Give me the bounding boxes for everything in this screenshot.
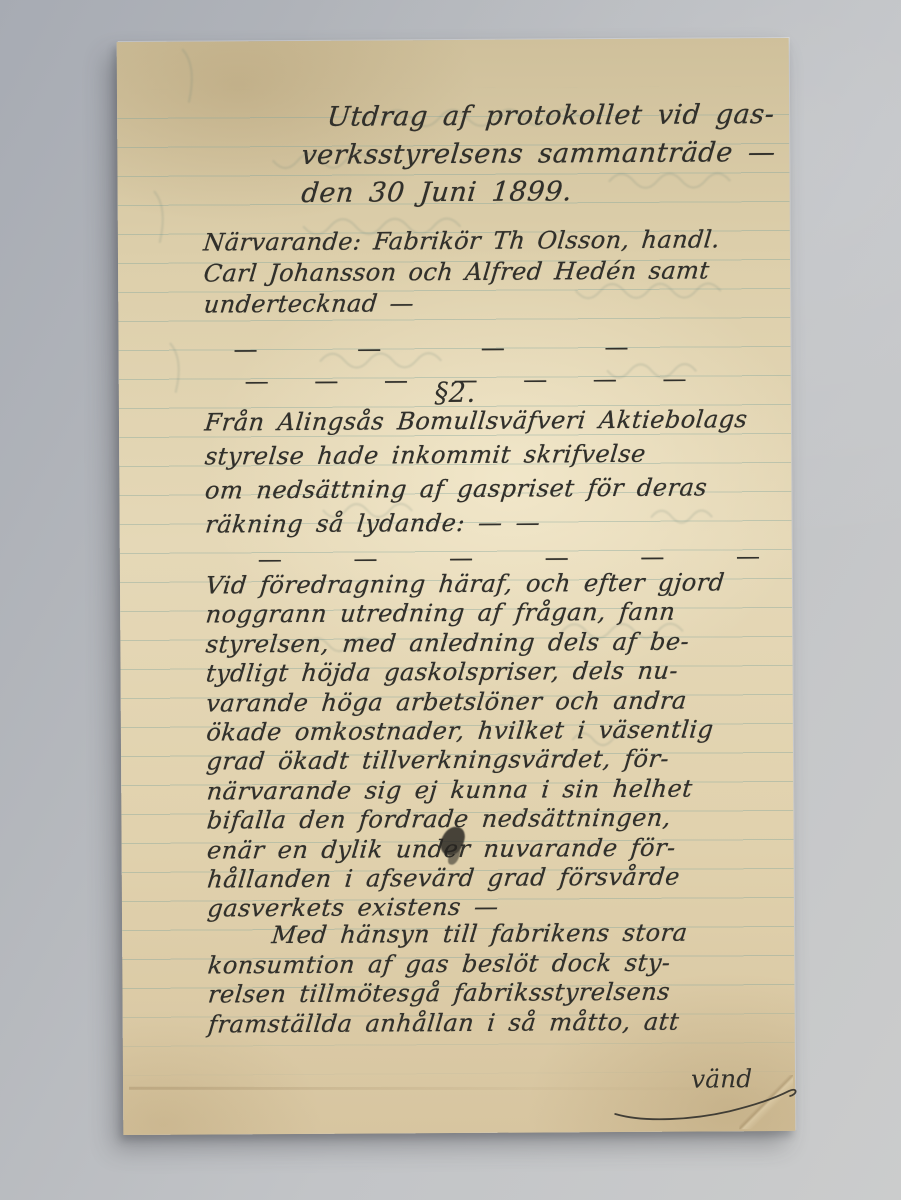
handwritten-line: framställda anhållan i så måtto, att [207, 1007, 690, 1039]
decision-paragraph: Vid föredragning häraf, och efter gjordn… [204, 568, 725, 924]
handwritten-line: verksstyrelsens sammanträde — [299, 134, 777, 175]
handwritten-line: ökade omkostnader, hvilket i väsentlig [205, 715, 727, 748]
handwritten-line: bifalla den fordrade nedsättningen, [206, 804, 728, 837]
intro-paragraph: Från Alingsås Bomullsväfveri Aktiebolags… [203, 402, 747, 541]
divider-dashes: — — — — [233, 333, 628, 363]
handwritten-line: om nedsättning af gaspriset för deras [204, 470, 750, 507]
handwritten-line: noggrann utredning af frågan, fann [204, 598, 726, 631]
document-page: Utdrag af protokollet vid gas-verksstyre… [117, 38, 796, 1135]
handwritten-line: styrelse hade inkommit skrifvelse [203, 436, 749, 473]
handwritten-line: Carl Johansson och Alfred Hedén samt [202, 255, 722, 289]
handwritten-line: varande höga arbetslöner och andra [205, 686, 727, 719]
handwritten-line: tydligt höjda gaskolspriser, dels nu- [205, 657, 727, 690]
handwritten-line: styrelsen, med anledning dels af be- [204, 627, 726, 660]
underline-flourish [611, 1082, 801, 1123]
attendees-paragraph: Närvarande: Fabrikör Th Olsson, handl.Ca… [202, 224, 719, 320]
handwritten-line: relsen tillmötesgå fabriksstyrelsens [207, 978, 690, 1010]
handwritten-line: enär en dylik under nuvarande för- [206, 833, 728, 866]
handwritten-line: konsumtion af gas beslöt dock sty- [206, 948, 689, 980]
resolution-paragraph: Med hänsyn till fabrikens storakonsumtio… [206, 919, 687, 1040]
handwritten-line: räkning så lydande: — — [204, 504, 750, 541]
handwritten-line: grad ökadt tillverkningsvärdet, för- [205, 745, 727, 778]
handwritten-line: Närvarande: Fabrikör Th Olsson, handl. [202, 224, 722, 258]
photo-background: Utdrag af protokollet vid gas-verksstyre… [0, 0, 901, 1200]
handwritten-line: Från Alingsås Bomullsväfveri Aktiebolags [203, 402, 749, 439]
handwritten-line: hållanden i afsevärd grad försvårde [206, 862, 728, 895]
handwritten-line: den 30 Juni 1899. [300, 172, 778, 213]
handwritten-line: Med hänsyn till fabrikens stora [206, 919, 689, 951]
handwritten-line: Vid föredragning häraf, och efter gjord [204, 568, 726, 601]
handwritten-line: undertecknad — [202, 286, 722, 320]
protocol-heading: Utdrag af protokollet vid gas-verksstyre… [299, 96, 774, 213]
handwritten-line: närvarande sig ej kunna i sin helhet [205, 774, 727, 807]
handwritten-line: Utdrag af protokollet vid gas- [299, 96, 777, 137]
